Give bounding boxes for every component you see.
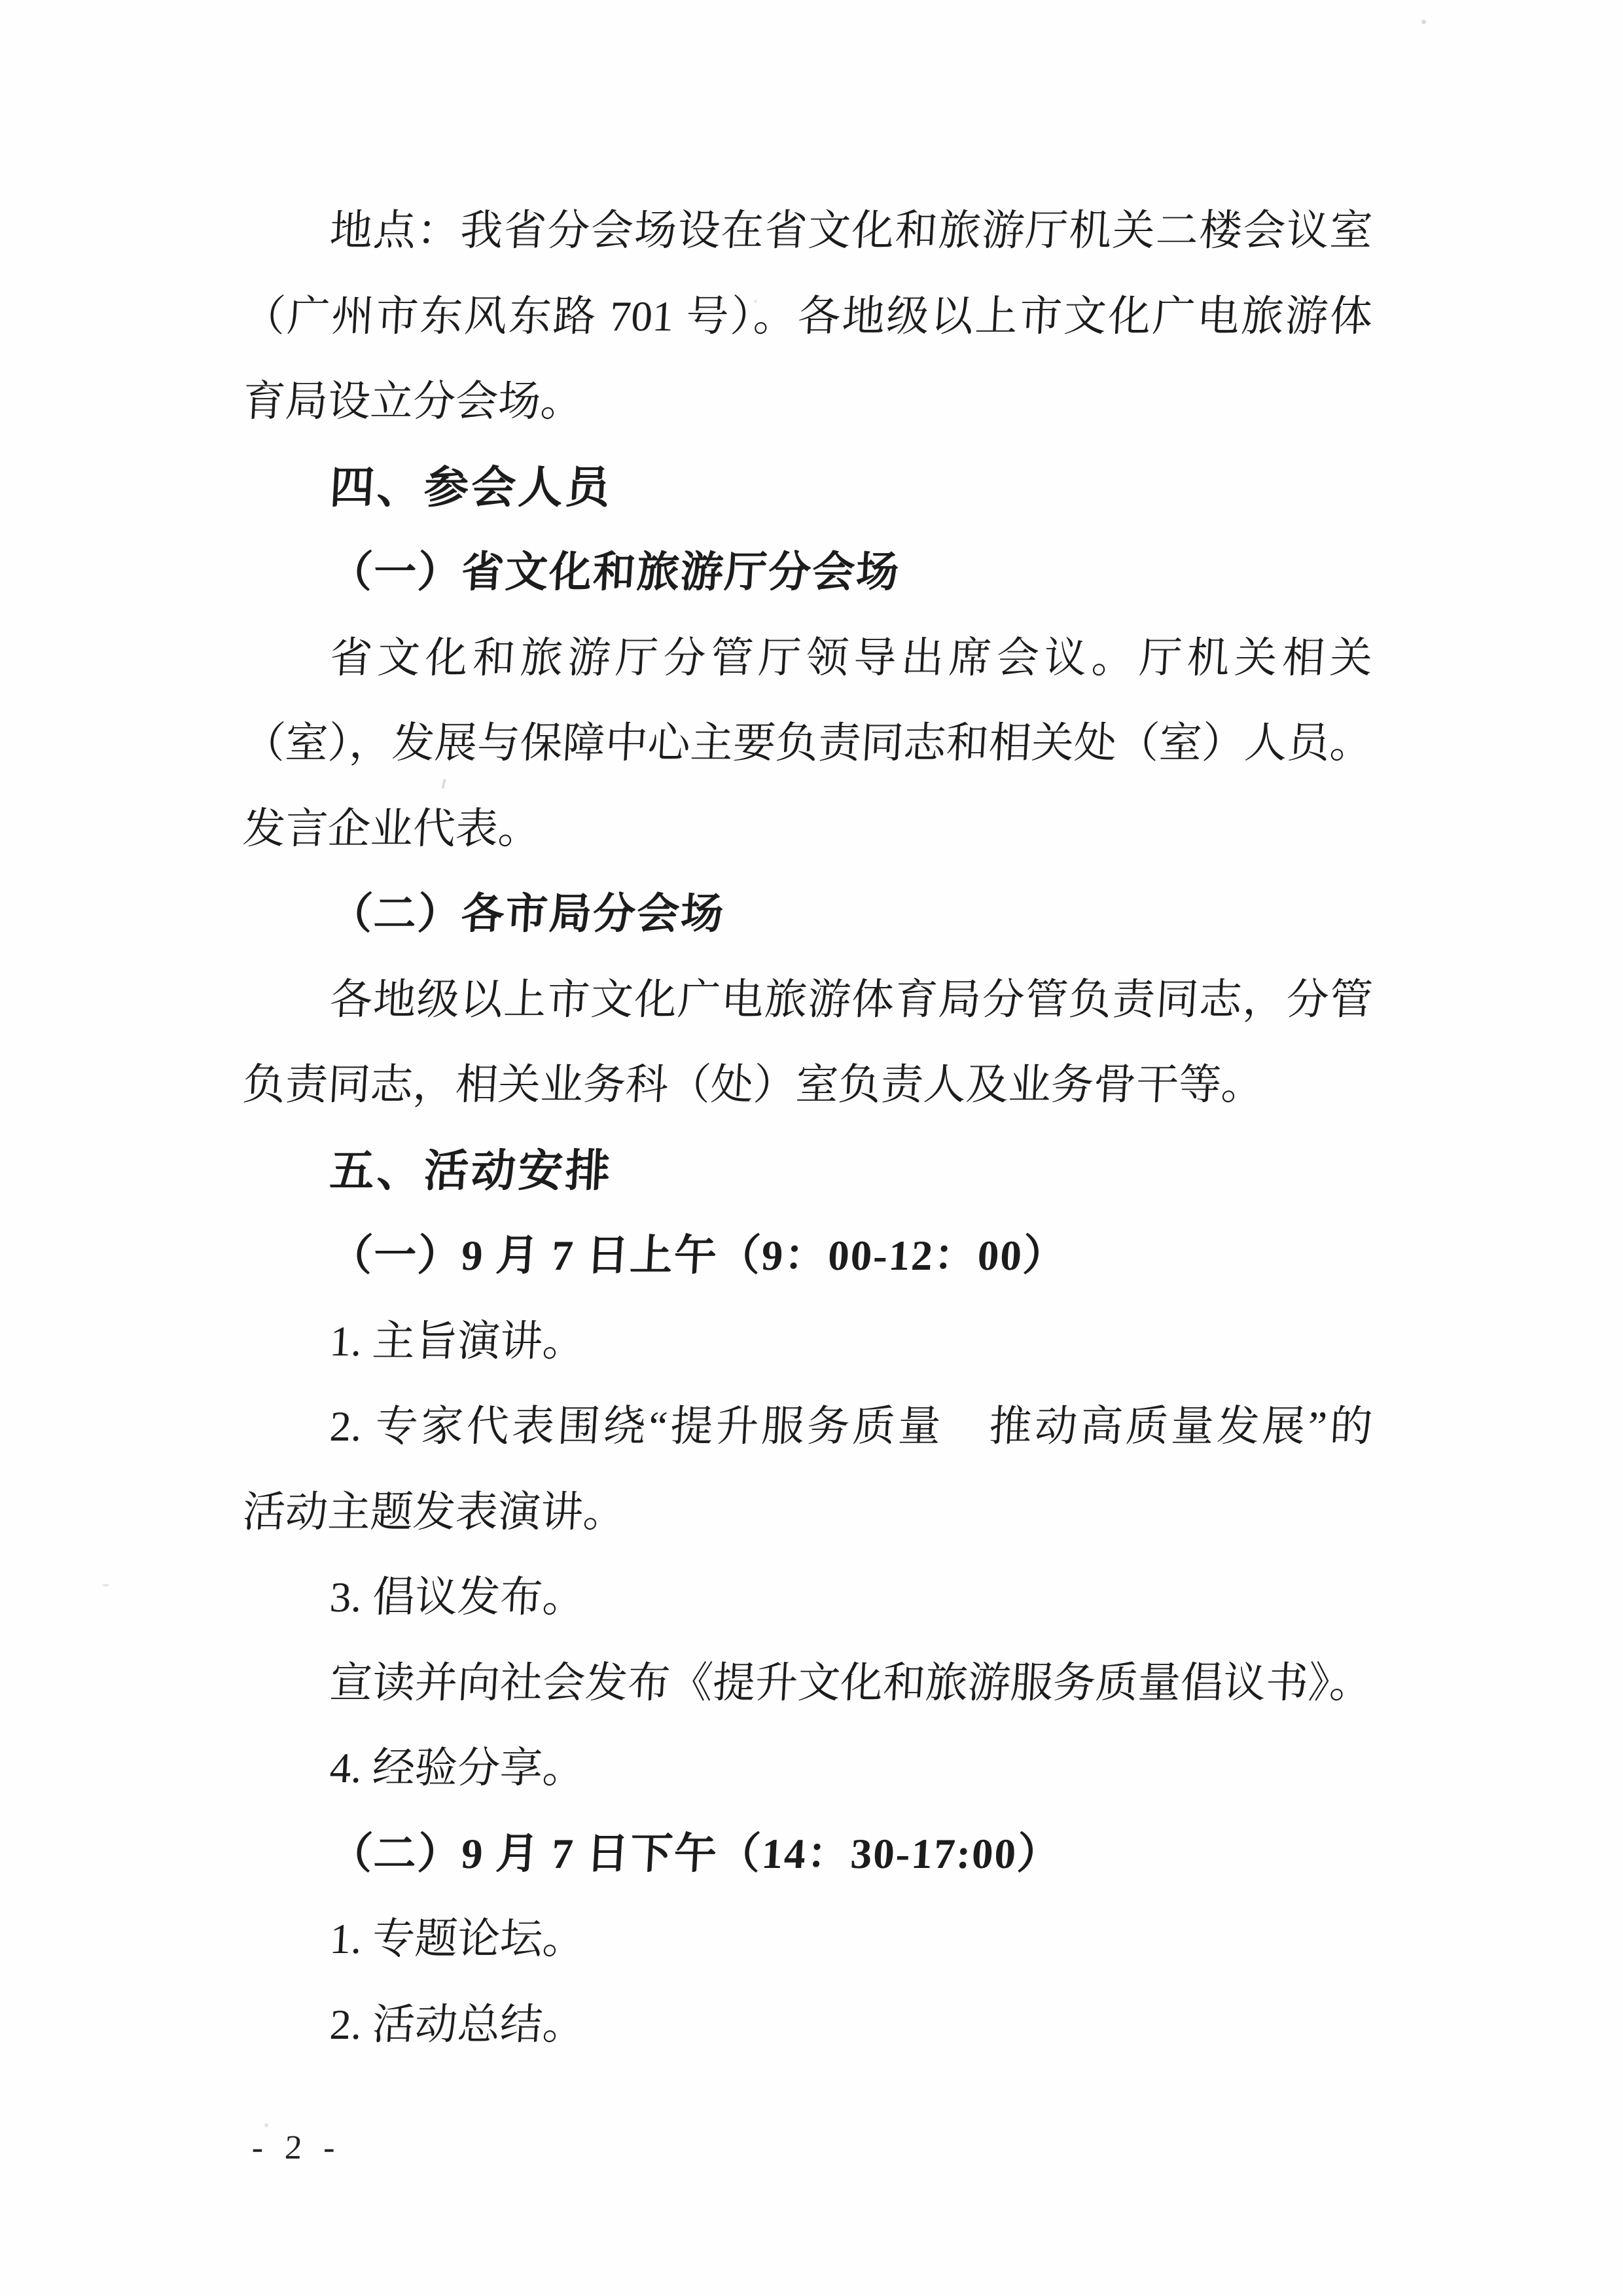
- text-line-body: 3. 倡议发布。: [240, 1555, 1374, 1641]
- text-line-body: 活动主题发表演讲。: [240, 1470, 1374, 1556]
- text-line-body: 省文化和旅游厅分管厅领导出席会议。厅机关相关: [240, 616, 1374, 702]
- text-line-body: 2. 活动总结。: [240, 1982, 1374, 2068]
- text-line-body: 负责同志，相关业务科（处）室负责人及业务骨干等。: [240, 1043, 1374, 1128]
- scan-speck: [102, 1584, 109, 1587]
- text-line-body: 4. 经验分享。: [240, 1726, 1374, 1812]
- text-line-subheading: （二）各市局分会场: [240, 872, 1374, 958]
- text-line-subheading: （二）9 月 7 日下午（14：30-17:00）: [240, 1812, 1374, 1897]
- text-line-body: （室），发展与保障中心主要负责同志和相关处（室）人员。: [240, 701, 1374, 787]
- text-line-body: 各地级以上市文化广电旅游体育局分管负责同志，分管: [240, 958, 1374, 1043]
- text-line-heading: 四、参会人员: [240, 445, 1374, 531]
- text-line-body: （广州市东风东路 701 号）。各地级以上市文化广电旅游体: [240, 274, 1374, 360]
- text-line-body: 宣读并向社会发布《提升文化和旅游服务质量倡议书》。: [240, 1641, 1374, 1727]
- scan-speck: [1421, 20, 1426, 24]
- text-line-body: 发言企业代表。: [240, 787, 1374, 872]
- document-body: 地点：我省分会场设在省文化和旅游厅机关二楼会议室（广州市东风东路 701 号）。…: [243, 188, 1372, 2068]
- scan-speck: [754, 300, 757, 303]
- text-line-subheading: （一）9 月 7 日上午（9：00-12：00）: [240, 1213, 1374, 1299]
- text-line-body: 地点：我省分会场设在省文化和旅游厅机关二楼会议室: [240, 188, 1374, 274]
- text-line-body: 2. 专家代表围绕“提升服务质量 推动高质量发展”的: [240, 1384, 1374, 1470]
- page-number: - 2 -: [251, 2128, 342, 2168]
- document-page: 地点：我省分会场设在省文化和旅游厅机关二楼会议室（广州市东风东路 701 号）。…: [0, 0, 1623, 2296]
- text-line-body: 1. 专题论坛。: [240, 1897, 1374, 1982]
- document-lines: 地点：我省分会场设在省文化和旅游厅机关二楼会议室（广州市东风东路 701 号）。…: [243, 188, 1372, 2068]
- text-line-subheading: （一）省文化和旅游厅分会场: [240, 530, 1374, 616]
- text-line-body: 1. 主旨演讲。: [240, 1299, 1374, 1385]
- text-line-heading: 五、活动安排: [240, 1128, 1374, 1214]
- text-line-body: 育局设立分会场。: [240, 359, 1374, 445]
- scan-speck: [264, 2123, 268, 2127]
